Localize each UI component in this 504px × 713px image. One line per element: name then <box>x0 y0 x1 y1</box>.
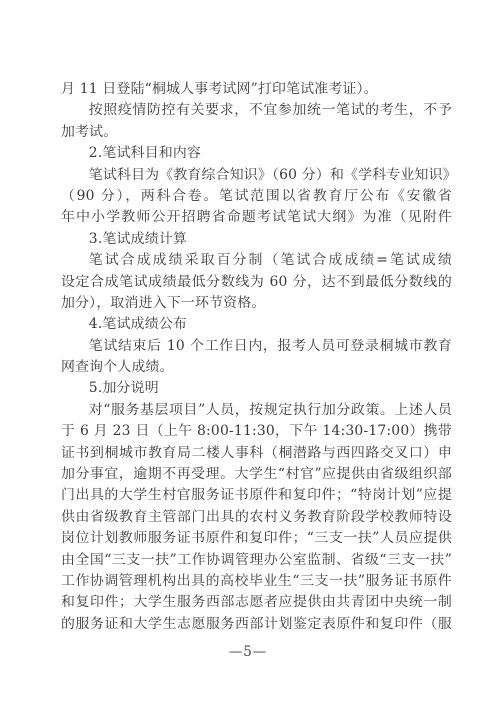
text-line: 工作协调管理机构出具的高校毕业生“三支一扶”服务证书原件 <box>61 571 452 592</box>
text-line: 笔试科目为《教育综合知识》（60 分）和《学科专业知识》 <box>61 165 452 186</box>
text-line: 岗位计划教师服务证书原件和复印件；“三支一扶”人员应提供 <box>61 528 452 549</box>
document-body: 月 11 日登陆“桐城人事考试网”打印笔试准考证）。按照疫情防控有关要求，不宜参… <box>61 79 452 635</box>
text-line: 加考试。 <box>61 122 452 143</box>
text-line: 的服务证和大学生志愿服务西部计划鉴定表原件和复印件（服务 <box>61 614 452 635</box>
text-line: 设定合成笔试成绩最低分数线为 60 分，达不到最低分数线的（含 <box>61 272 452 293</box>
page-number: —5— <box>0 644 496 660</box>
document-page: 月 11 日登陆“桐城人事考试网”打印笔试准考证）。按照疫情防控有关要求，不宜参… <box>0 0 504 713</box>
text-line: 门出具的大学生村官服务证书原件和复印件；“特岗计划”应提 <box>61 485 452 506</box>
text-line: 和复印件；大学生服务西部志愿者应提供由共青团中央统一制作 <box>61 592 452 613</box>
text-line: 网查询个人成绩。 <box>61 357 452 378</box>
text-line: 笔试结束后 10 个工作日内，报考人员可登录桐城市教育局 <box>61 336 452 357</box>
text-line: （90 分），两科合卷。笔试范围以省教育厅公布《安徽省 2022 <box>61 186 452 207</box>
text-line: 加分事宜，逾期不再受理。大学生“村官”应提供由省级组织部 <box>61 464 452 485</box>
text-line: 证书到桐城市教育局二楼人事科（桐潜路与西四路交叉口）申报 <box>61 443 452 464</box>
text-line: 对“服务基层项目”人员，按规定执行加分政策。上述人员 <box>61 400 452 421</box>
text-line: 3.笔试成绩计算 <box>61 229 452 250</box>
text-line: 月 11 日登陆“桐城人事考试网”打印笔试准考证）。 <box>61 79 452 100</box>
text-line: 4.笔试成绩公布 <box>61 314 452 335</box>
text-line: 由全国“三支一扶”工作协调管理办公室监制、省级“三支一扶” <box>61 550 452 571</box>
text-line: 供由省级教育主管部门出具的农村义务教育阶段学校教师特设 <box>61 507 452 528</box>
text-line: 年中小学教师公开招聘省命题考试笔试大纲》为准（见附件 2）。 <box>61 207 452 228</box>
text-line: 加分），取消进入下一环节资格。 <box>61 293 452 314</box>
text-line: 按照疫情防控有关要求，不宜参加统一笔试的考生，不予参 <box>61 100 452 121</box>
text-line: 5.加分说明 <box>61 378 452 399</box>
text-line: 笔试合成成绩采取百分制（笔试合成成绩=笔试成绩÷1.5）。 <box>61 250 452 271</box>
text-line: 2.笔试科目和内容 <box>61 143 452 164</box>
text-line: 于 6 月 23 日（上午 8:00-11:30，下午 14:30-17:00）… <box>61 421 452 442</box>
